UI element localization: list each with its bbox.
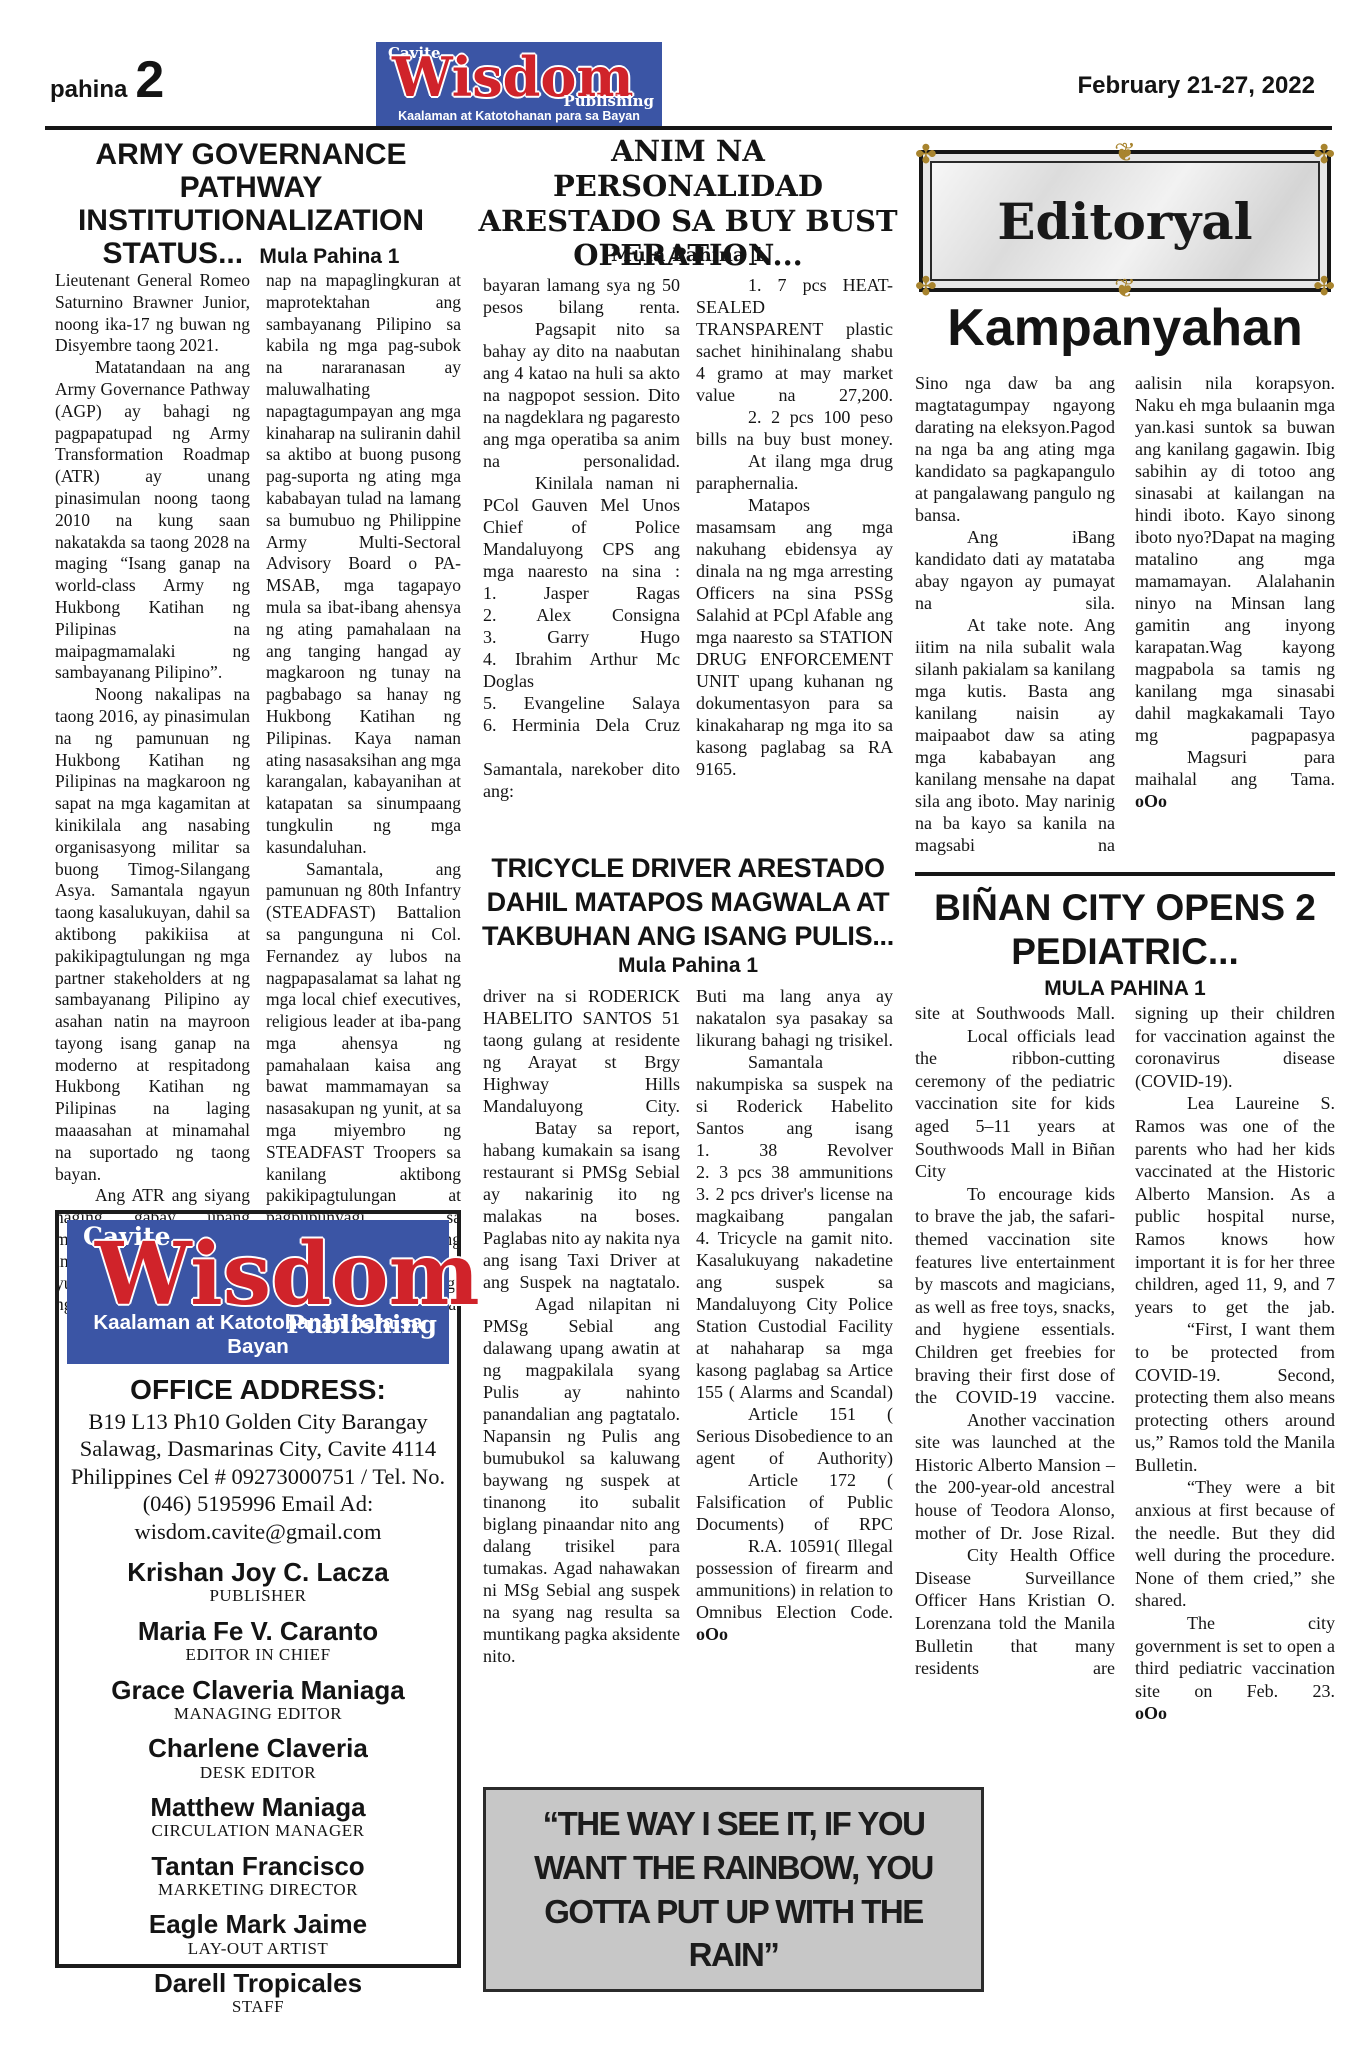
staff-entry: Krishan Joy C. Lacza PUBLISHER (67, 1559, 449, 1607)
buybust-article-body: bayaran lamang sya ng 50 pesos bilang re… (483, 274, 893, 802)
paragraph: site at Southwoods Mall. (915, 1002, 1115, 1025)
editorial-box: Editoryal (919, 150, 1331, 292)
paragraph: Matatandaan na ang Army Governance Pathw… (55, 357, 250, 684)
staff-role: STAFF (67, 1997, 449, 2017)
paragraph: The city government is set to open a thi… (1135, 1612, 1335, 1702)
staff-name: Krishan Joy C. Lacza (67, 1559, 449, 1586)
paragraph: Magsuri para maihalal ang Tama. (1135, 746, 1335, 790)
tricycle-continuation-label: Mula Pahina 1 (476, 954, 900, 978)
army-column-1: Lieutenant General Romeo Saturnino Brawn… (55, 270, 250, 1338)
paragraph: oOo (696, 1623, 893, 1645)
publisher-logo: Cavite Wisdom Publishing Kaalaman at Kat… (67, 1220, 449, 1364)
editorial-box-title: Editoryal (997, 192, 1252, 251)
publisher-info-box: Cavite Wisdom Publishing Kaalaman at Kat… (55, 1210, 461, 1968)
masthead-logo: Cavite Wisdom Publishing Kaalaman at Kat… (376, 42, 662, 126)
staff-name: Eagle Mark Jaime (67, 1911, 449, 1938)
paragraph: Lea Laureine S. Ramos was one of the par… (1135, 1092, 1335, 1318)
paragraph: “They were a bit anxious at first becaus… (1135, 1476, 1335, 1612)
paragraph: Batay sa report, habang kumakain sa isan… (483, 1117, 680, 1293)
paragraph: Local officials lead the ribbon-cutting … (915, 1025, 1115, 1183)
staff-role: MARKETING DIRECTOR (67, 1880, 449, 1900)
tricycle-article-headline: TRICYCLE DRIVER ARESTADO DAHIL MATAPOS M… (476, 852, 900, 953)
staff-name: Darell Tropicales (67, 1970, 449, 1997)
frame-ornament-icon (1313, 142, 1335, 168)
staff-role: DESK EDITOR (67, 1763, 449, 1783)
army-continuation-label: Mula Pahina 1 (259, 245, 399, 268)
paragraph: City Health Office Disease Surveillance … (915, 1544, 1115, 1680)
binan-article-body: site at Southwoods Mall.Local officials … (915, 1002, 1335, 1725)
paragraph: Matapos masamsam ang mga nakuhang ebiden… (696, 494, 893, 780)
paragraph: nap na mapaglingkuran at maprotektahan a… (266, 270, 461, 859)
paragraph: 4. Tricycle na gamit nito. (696, 1227, 893, 1249)
paragraph: 2. 3 pcs 38 ammunitions (696, 1161, 893, 1183)
paragraph: 1. 38 Revolver (696, 1139, 893, 1161)
staff-role: PUBLISHER (67, 1586, 449, 1606)
staff-role: LAY-OUT ARTIST (67, 1939, 449, 1959)
paragraph: 2. 2 pcs 100 peso bills na buy bust mone… (696, 406, 893, 450)
staff-role: MANAGING EDITOR (67, 1704, 449, 1724)
army-article-body: Lieutenant General Romeo Saturnino Brawn… (55, 270, 461, 1338)
staff-entry: Eagle Mark Jaime LAY-OUT ARTIST (67, 1911, 449, 1959)
tricycle-column-1: driver na si RODERICK HABELITO SANTOS 51… (483, 985, 680, 1667)
logo-tagline: Kaalaman at Katotohanan para sa Bayan (376, 109, 662, 123)
paragraph: 4. Ibrahim Arthur Mc Doglas (483, 648, 680, 692)
office-address: B19 L13 Ph10 Golden City Barangay Salawa… (67, 1408, 449, 1545)
staff-name: Matthew Maniaga (67, 1794, 449, 1821)
staff-entry: Grace Claveria Maniaga MANAGING EDITOR (67, 1677, 449, 1725)
paragraph: driver na si RODERICK HABELITO SANTOS 51… (483, 985, 680, 1117)
staff-name: Tantan Francisco (67, 1853, 449, 1880)
paragraph: 6. Herminia Dela Cruz (483, 714, 680, 736)
paragraph: Kinilala naman ni PCol Gauven Mel Unos C… (483, 472, 680, 582)
paragraph: 3. Garry Hugo (483, 626, 680, 648)
logo-name: Wisdom (95, 1232, 480, 1318)
tricycle-article-body: driver na si RODERICK HABELITO SANTOS 51… (483, 985, 893, 1667)
paragraph: Agad nilapitan ni PMSg Sebial ang dalawa… (483, 1293, 680, 1667)
page-number: pahina 2 (50, 50, 163, 110)
paragraph: Article 172 ( Falsification of Public Do… (696, 1469, 893, 1535)
staff-entry: Matthew Maniaga CIRCULATION MANAGER (67, 1794, 449, 1842)
paragraph: 5. Evangeline Salaya (483, 692, 680, 714)
staff-list: Krishan Joy C. Lacza PUBLISHER Maria Fe … (67, 1559, 449, 2018)
paragraph: At ilang mga drug paraphernalia. (696, 450, 893, 494)
buybust-column-1: bayaran lamang sya ng 50 pesos bilang re… (483, 274, 680, 802)
paragraph: Samantala, narekober dito ang: (483, 758, 680, 802)
staff-name: Grace Claveria Maniaga (67, 1677, 449, 1704)
paragraph: “First, I want them to be protected from… (1135, 1318, 1335, 1476)
paragraph: Noong nakalipas na taong 2016, ay pinasi… (55, 684, 250, 1185)
binan-article-headline: BIÑAN CITY OPENS 2 PEDIATRIC... (915, 886, 1335, 973)
section-divider (915, 872, 1335, 876)
paragraph: Article 151 ( Serious Disobedience to an… (696, 1403, 893, 1469)
paragraph: 1. Jasper Ragas (483, 582, 680, 604)
paragraph: R.A. 10591( Illegal possession of firear… (696, 1535, 893, 1623)
staff-role: CIRCULATION MANAGER (67, 1821, 449, 1841)
editorial-column-title: Kampanyahan (915, 298, 1335, 358)
paragraph: Buti ma lang anya ay nakatalon sya pasak… (696, 985, 893, 1051)
staff-entry: Maria Fe V. Caranto EDITOR IN CHIEF (67, 1618, 449, 1666)
paragraph: Another vaccination site was launched at… (915, 1409, 1115, 1545)
page-number-value: 2 (135, 50, 163, 110)
paragraph: oOo (1135, 790, 1335, 812)
header-divider (45, 126, 1332, 130)
editorial-column-1: Sino nga daw ba ang magtatagumpay ngayon… (915, 372, 1115, 856)
paragraph: aalisin nila korapsyon. Naku eh mga bula… (1135, 372, 1335, 746)
binan-column-2: signing up their children for vaccinatio… (1135, 1002, 1335, 1725)
staff-entry: Tantan Francisco MARKETING DIRECTOR (67, 1853, 449, 1901)
logo-tagline: Kaalaman at Katotohanan para sa Bayan (67, 1311, 449, 1359)
editorial-column-2: aalisin nila korapsyon. Naku eh mga bula… (1135, 372, 1335, 856)
paragraph: 1. 7 pcs HEAT-SEALED TRANSPARENT plastic… (696, 274, 893, 406)
staff-entry: Charlene Claveria DESK EDITOR (67, 1735, 449, 1783)
quote-text: “THE WAY I SEE IT, IF YOU WANT THE RAINB… (496, 1802, 971, 1978)
editorial-body: Sino nga daw ba ang magtatagumpay ngayon… (915, 372, 1335, 856)
logo-publishing-label: Publishing (563, 92, 654, 110)
staff-entry: Darell Tropicales STAFF (67, 1970, 449, 2018)
paragraph: Kasalukuyang nakadetine ang suspek sa Ma… (696, 1249, 893, 1403)
frame-flourish-icon (1114, 140, 1136, 166)
paragraph: signing up their children for vaccinatio… (1135, 1002, 1335, 1092)
frame-ornament-icon (915, 142, 937, 168)
army-article-headline: ARMY GOVERNANCE PATHWAY INSTITUTIONALIZA… (45, 138, 457, 270)
binan-continuation-label: MULA PAHINA 1 (915, 977, 1335, 1001)
frame-ornament-icon (1313, 274, 1335, 300)
binan-column-1: site at Southwoods Mall.Local officials … (915, 1002, 1115, 1725)
paragraph: 2. Alex Consigna (483, 604, 680, 626)
newspaper-page: pahina 2 Cavite Wisdom Publishing Kaalam… (0, 0, 1365, 2048)
paragraph: oOo (1135, 1702, 1335, 1725)
paragraph: At take note. Ang iitim na nila subalit … (915, 614, 1115, 856)
paragraph: bayaran lamang sya ng 50 pesos bilang re… (483, 274, 680, 318)
paragraph: Ang iBang kandidato dati ay matataba aba… (915, 526, 1115, 614)
paragraph: Samantala nakumpiska sa suspek na si Rod… (696, 1051, 893, 1139)
staff-name: Maria Fe V. Caranto (67, 1618, 449, 1645)
quote-box: “THE WAY I SEE IT, IF YOU WANT THE RAINB… (483, 1787, 984, 1992)
buybust-column-2: 1. 7 pcs HEAT-SEALED TRANSPARENT plastic… (696, 274, 893, 802)
paragraph: Sino nga daw ba ang magtatagumpay ngayon… (915, 372, 1115, 526)
pahina-label: pahina (50, 76, 127, 104)
staff-role: EDITOR IN CHIEF (67, 1645, 449, 1665)
paragraph: Lieutenant General Romeo Saturnino Brawn… (55, 270, 250, 357)
issue-date: February 21-27, 2022 (1078, 72, 1315, 100)
staff-name: Charlene Claveria (67, 1735, 449, 1762)
tricycle-column-2: Buti ma lang anya ay nakatalon sya pasak… (696, 985, 893, 1667)
army-column-2: nap na mapaglingkuran at maprotektahan a… (266, 270, 461, 1338)
paragraph: Pagsapit nito sa bahay ay dito na naabut… (483, 318, 680, 472)
paragraph: To encourage kids to brave the jab, the … (915, 1183, 1115, 1409)
paragraph: 3. 2 pcs driver's license na magkaibang … (696, 1183, 893, 1227)
buybust-continuation-label: Mula Pahina 1 (478, 244, 898, 266)
office-address-label: OFFICE ADDRESS: (67, 1374, 449, 1406)
frame-ornament-icon (915, 274, 937, 300)
